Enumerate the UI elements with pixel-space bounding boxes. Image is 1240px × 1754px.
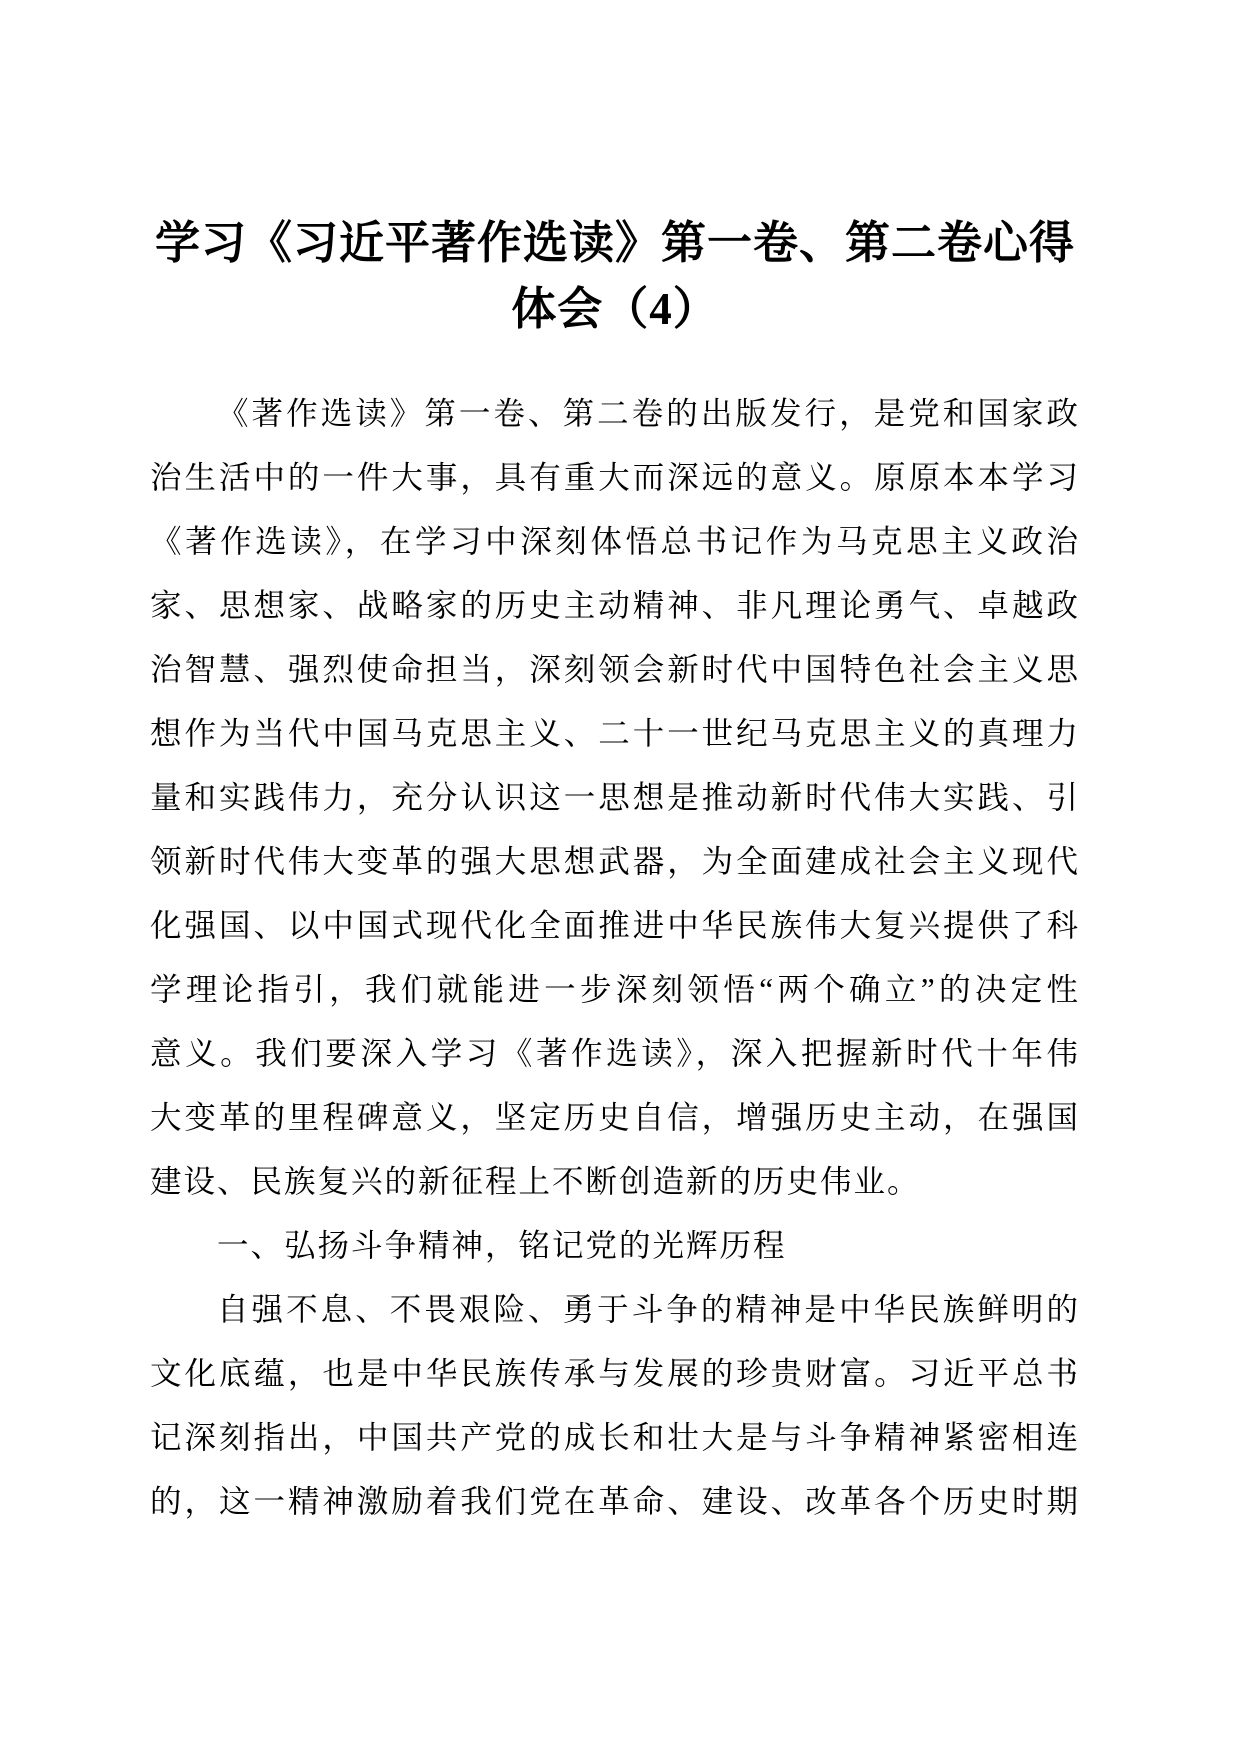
- text-line: 想作为当代中国马克思主义、二十一世纪马克思主义的真理力: [150, 702, 1080, 766]
- text-line: 记深刻指出，中国共产党的成长和壮大是与斗争精神紧密相连: [150, 1406, 1080, 1470]
- paragraph-2: 自强不息、不畏艰险、勇于斗争的精神是中华民族鲜明的文化底蕴，也是中华民族传承与发…: [150, 1278, 1080, 1534]
- text-line: 《著作选读》，在学习中深刻体悟总书记作为马克思主义政治: [150, 510, 1080, 574]
- text-line: 《著作选读》第一卷、第二卷的出版发行，是党和国家政: [150, 382, 1080, 446]
- text-line: 自强不息、不畏艰险、勇于斗争的精神是中华民族鲜明的: [150, 1278, 1080, 1342]
- title-line-2: 体会（4）: [150, 276, 1080, 342]
- text-line: 大变革的里程碑意义，坚定历史自信，增强历史主动，在强国: [150, 1086, 1080, 1150]
- text-line: 的，这一精神激励着我们党在革命、建设、改革各个历史时期: [150, 1470, 1080, 1534]
- text-line: 意义。我们要深入学习《著作选读》，深入把握新时代十年伟: [150, 1022, 1080, 1086]
- text-line: 家、思想家、战略家的历史主动精神、非凡理论勇气、卓越政: [150, 574, 1080, 638]
- paragraph-1: 《著作选读》第一卷、第二卷的出版发行，是党和国家政治生活中的一件大事，具有重大而…: [150, 382, 1080, 1214]
- text-line: 文化底蕴，也是中华民族传承与发展的珍贵财富。习近平总书: [150, 1342, 1080, 1406]
- text-line: 治智慧、强烈使命担当，深刻领会新时代中国特色社会主义思: [150, 638, 1080, 702]
- document-body: 《著作选读》第一卷、第二卷的出版发行，是党和国家政治生活中的一件大事，具有重大而…: [150, 382, 1080, 1534]
- document-page: 学习《习近平著作选读》第一卷、第二卷心得 体会（4） 《著作选读》第一卷、第二卷…: [0, 0, 1240, 1754]
- heading-1: 一、弘扬斗争精神，铭记党的光辉历程: [150, 1214, 1080, 1278]
- title-line-1: 学习《习近平著作选读》第一卷、第二卷心得: [150, 210, 1080, 276]
- text-line: 量和实践伟力，充分认识这一思想是推动新时代伟大实践、引: [150, 766, 1080, 830]
- text-line: 建设、民族复兴的新征程上不断创造新的历史伟业。: [150, 1150, 1080, 1214]
- text-line: 一、弘扬斗争精神，铭记党的光辉历程: [150, 1214, 1080, 1278]
- text-line: 化强国、以中国式现代化全面推进中华民族伟大复兴提供了科: [150, 894, 1080, 958]
- text-line: 领新时代伟大变革的强大思想武器，为全面建成社会主义现代: [150, 830, 1080, 894]
- document-title: 学习《习近平著作选读》第一卷、第二卷心得 体会（4）: [150, 210, 1080, 342]
- text-line: 治生活中的一件大事，具有重大而深远的意义。原原本本学习: [150, 446, 1080, 510]
- text-line: 学理论指引，我们就能进一步深刻领悟“两个确立”的决定性: [150, 958, 1080, 1022]
